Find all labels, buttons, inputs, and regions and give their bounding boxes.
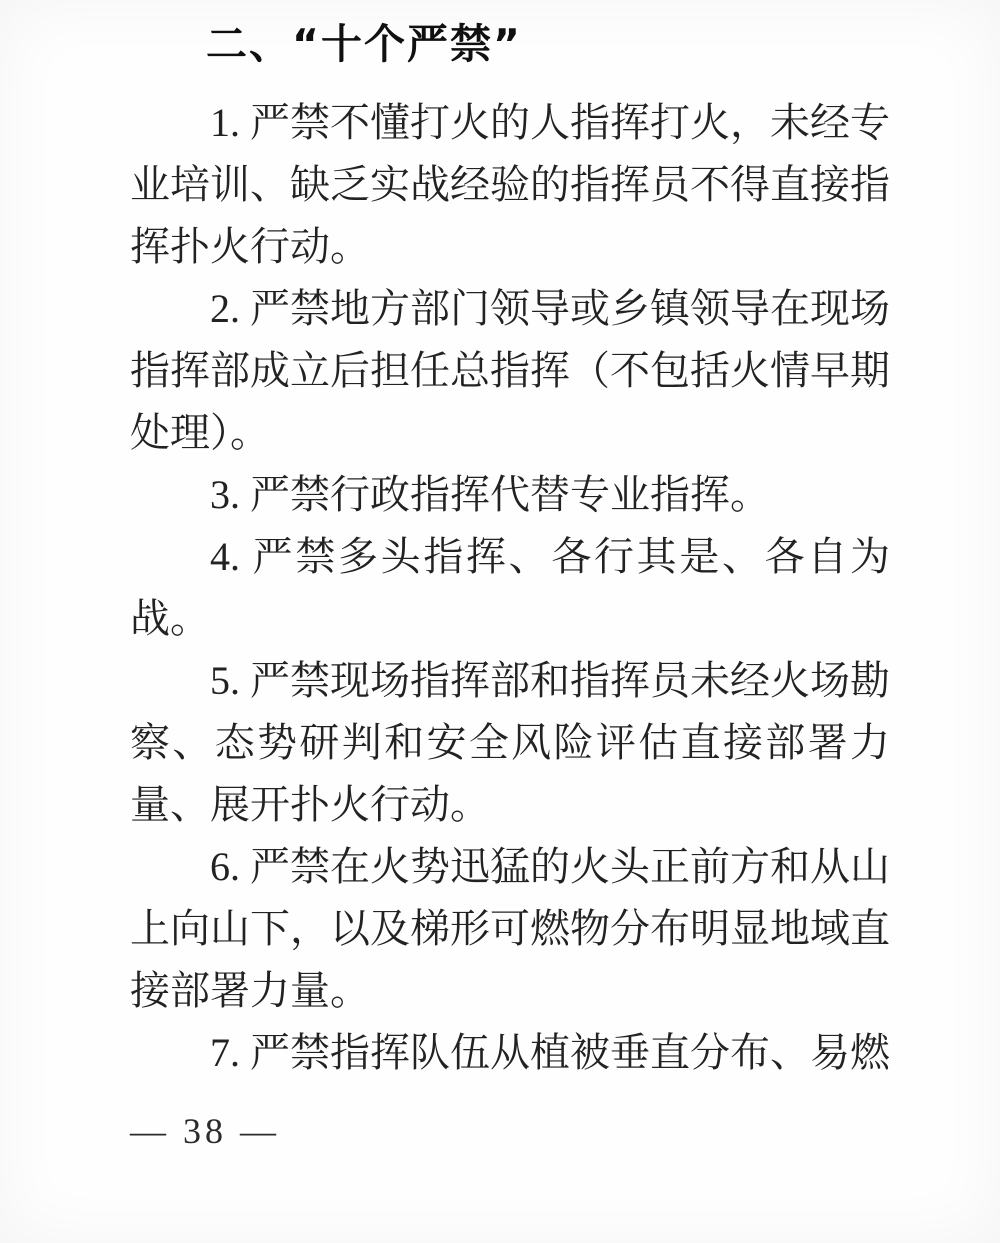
text-line: 1. 严禁不懂打火的人指挥打火，未经专 — [130, 92, 890, 154]
page-number: — 38 — — [130, 1110, 890, 1152]
text-line: 接部署力量。 — [130, 960, 890, 1022]
text-line: 处理）。 — [130, 402, 890, 464]
text-line: 6. 严禁在火势迅猛的火头正前方和从山 — [130, 836, 890, 898]
text-line: 察、态势研判和安全风险评估直接部署力 — [130, 712, 890, 774]
text-line: 战。 — [130, 588, 890, 650]
text-line: 3. 严禁行政指挥代替专业指挥。 — [130, 464, 890, 526]
text-line: 上向山下，以及梯形可燃物分布明显地域直 — [130, 898, 890, 960]
text-line: 4. 严禁多头指挥、各行其是、各自为 — [130, 526, 890, 588]
text-line: 量、展开扑火行动。 — [130, 774, 890, 836]
text-line: 5. 严禁现场指挥部和指挥员未经火场勘 — [130, 650, 890, 712]
document-body: 1. 严禁不懂打火的人指挥打火，未经专业培训、缺乏实战经验的指挥员不得直接指挥扑… — [130, 92, 890, 1084]
section-heading: 二、“十个严禁” — [130, 20, 890, 68]
text-line: 指挥部成立后担任总指挥（不包括火情早期 — [130, 340, 890, 402]
document-page: 二、“十个严禁” 1. 严禁不懂打火的人指挥打火，未经专业培训、缺乏实战经验的指… — [0, 0, 1000, 1243]
text-line: 7. 严禁指挥队伍从植被垂直分布、易燃 — [130, 1022, 890, 1084]
text-line: 2. 严禁地方部门领导或乡镇领导在现场 — [130, 278, 890, 340]
text-line: 挥扑火行动。 — [130, 216, 890, 278]
text-line: 业培训、缺乏实战经验的指挥员不得直接指 — [130, 154, 890, 216]
